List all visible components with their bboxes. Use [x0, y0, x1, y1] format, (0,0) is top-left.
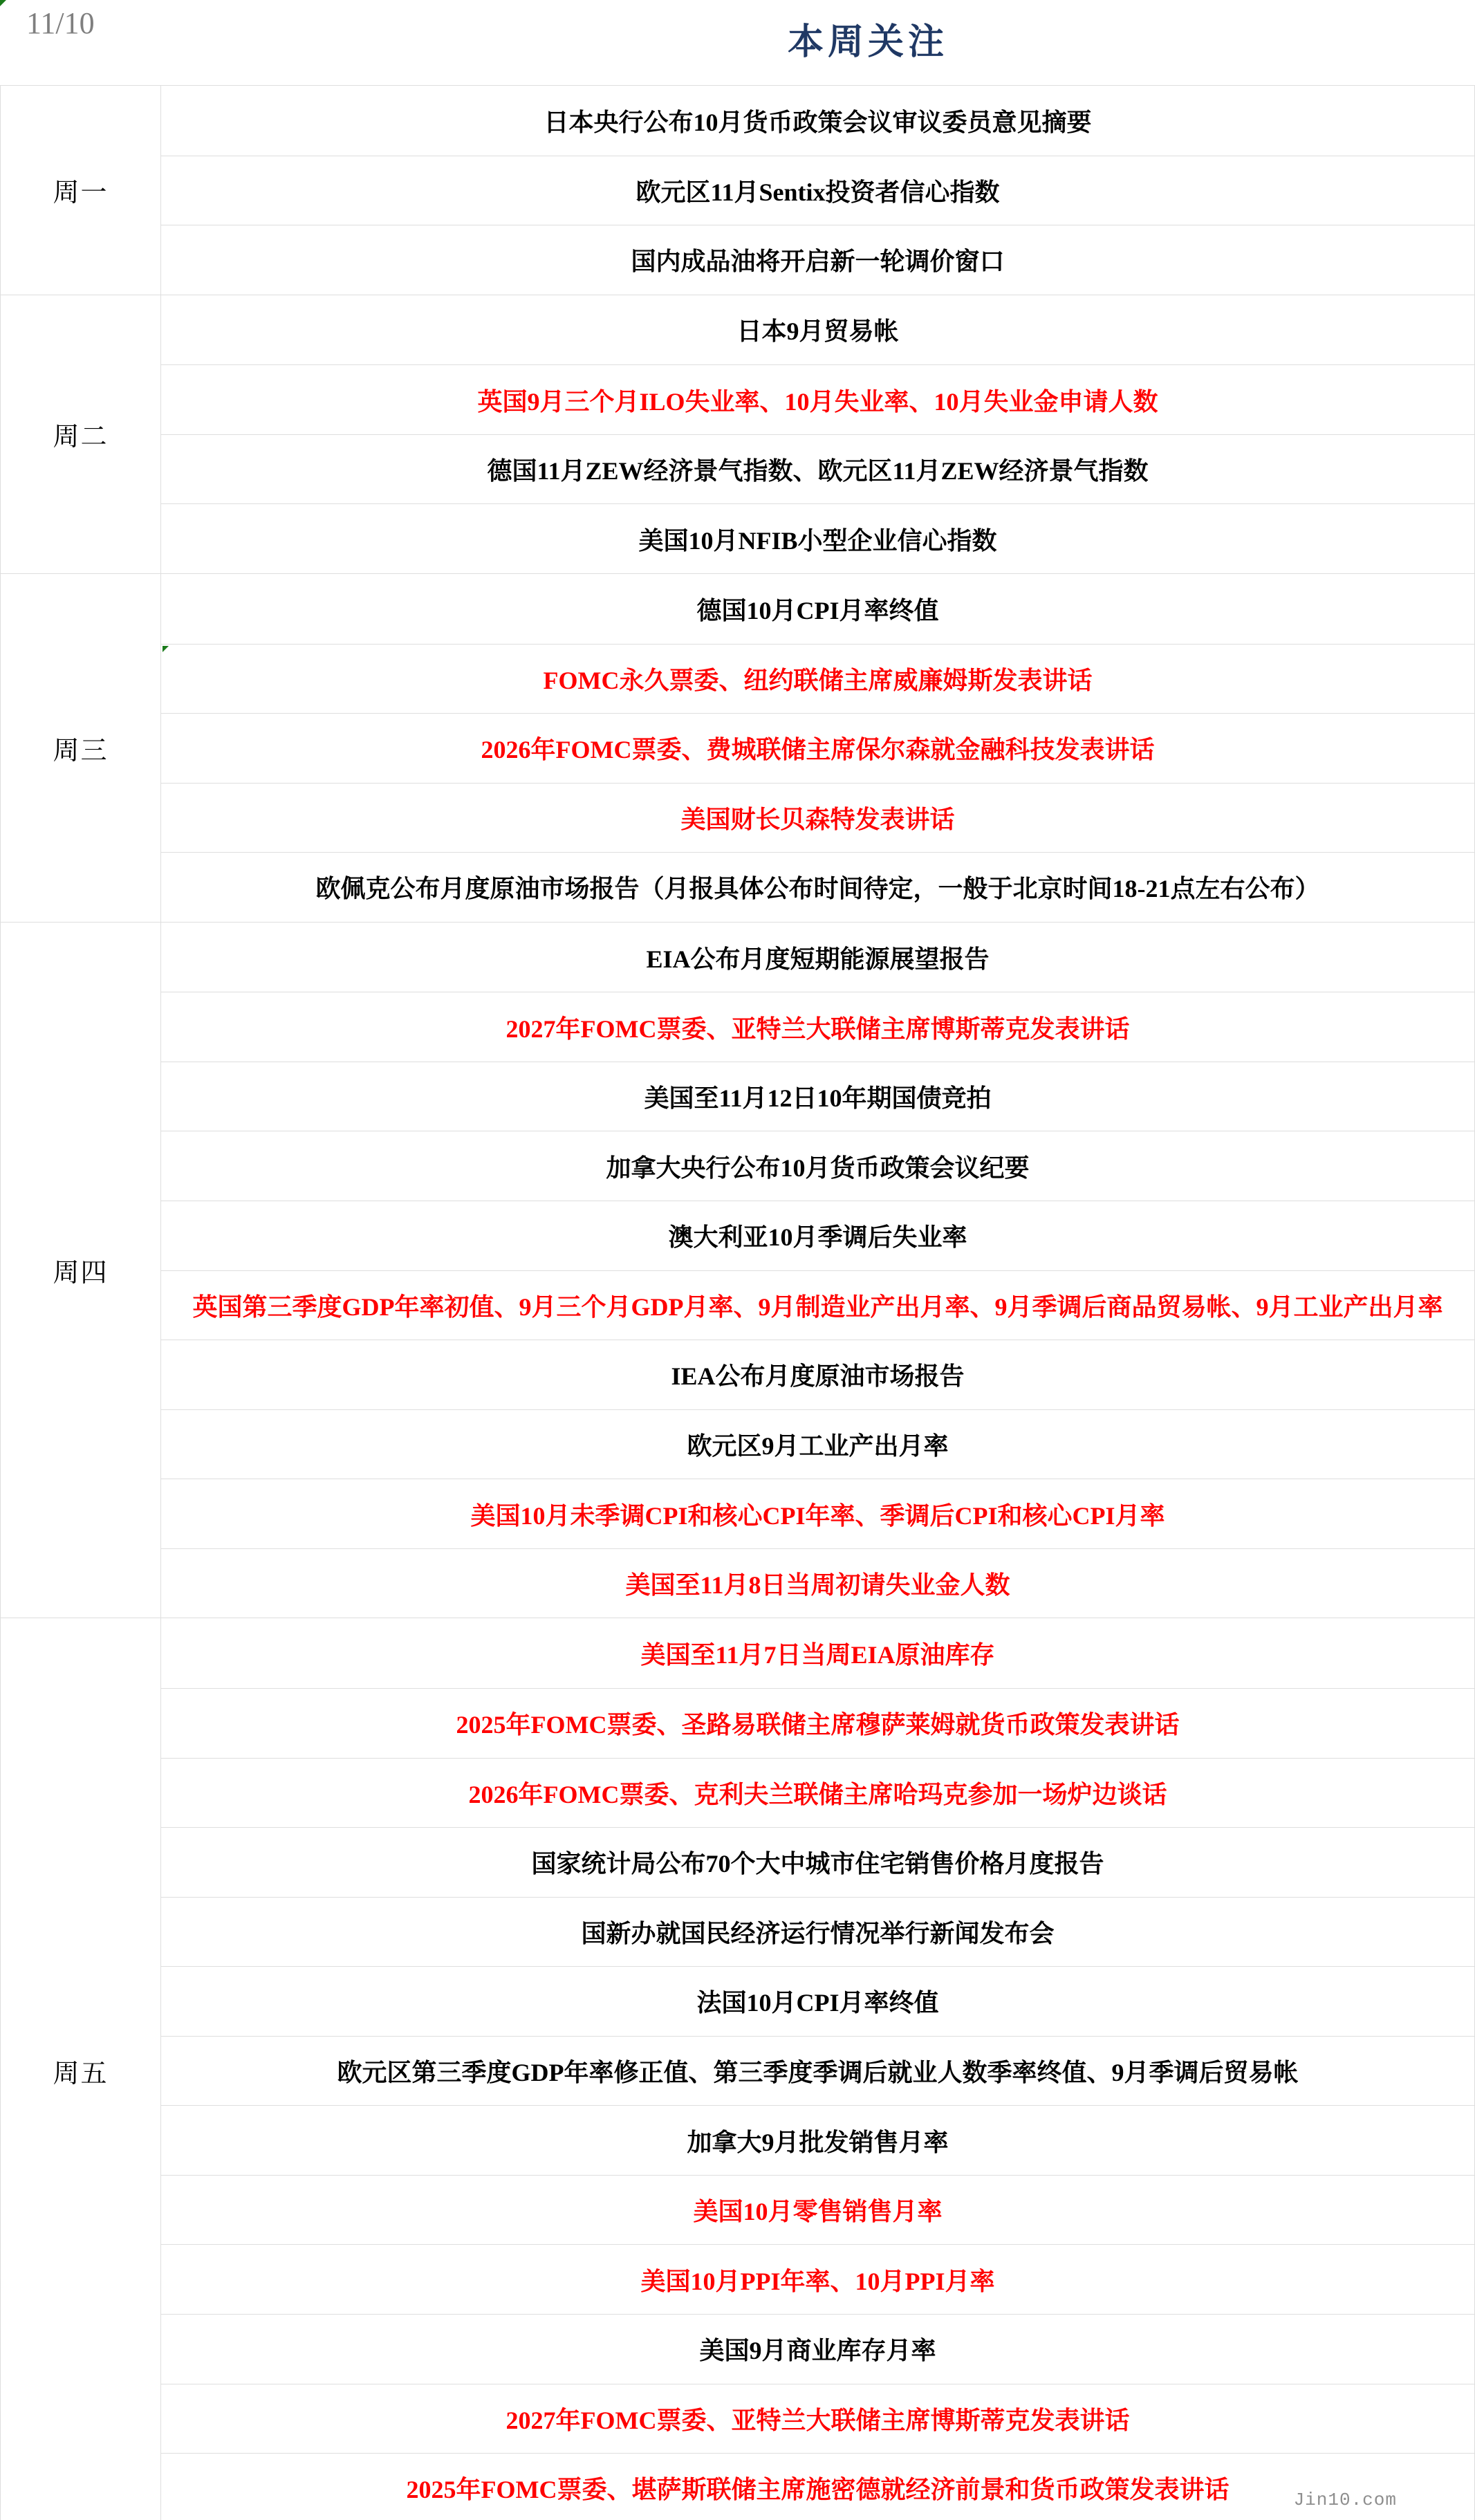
event-row: 加拿大9月批发销售月率	[161, 2105, 1474, 2175]
event-row: 英国第三季度GDP年率初值、9月三个月GDP月率、9月制造业产出月率、9月季调后…	[161, 1270, 1474, 1340]
event-row: 日本9月贸易帐	[161, 295, 1474, 365]
event-text: 2025年FOMC票委、圣路易联储主席穆萨莱姆就货币政策发表讲话	[456, 1705, 1180, 1741]
event-row: 美国10月PPI年率、10月PPI月率	[161, 2244, 1474, 2314]
event-text: 2027年FOMC票委、亚特兰大联储主席博斯蒂克发表讲话	[506, 2401, 1130, 2436]
schedule-table: 周一 日本央行公布10月货币政策会议审议委员意见摘要欧元区11月Sentix投资…	[0, 86, 1475, 2520]
event-text: 国家统计局公布70个大中城市住宅销售价格月度报告	[531, 1844, 1104, 1880]
event-row: 国新办就国民经济运行情况举行新闻发布会	[161, 1897, 1474, 1967]
event-text: 日本央行公布10月货币政策会议审议委员意见摘要	[544, 103, 1091, 138]
event-text: 2026年FOMC票委、克利夫兰联储主席哈玛克参加一场炉边谈话	[469, 1775, 1167, 1810]
event-text: 日本9月贸易帐	[736, 312, 898, 347]
event-text: 2027年FOMC票委、亚特兰大联储主席博斯蒂克发表讲话	[506, 1010, 1130, 1045]
event-text: 美国9月商业库存月率	[699, 2331, 936, 2366]
event-text: 欧佩克公布月度原油市场报告（月报具体公布时间待定，一般于北京时间18-21点左右…	[316, 869, 1320, 905]
event-row: EIA公布月度短期能源展望报告	[161, 923, 1474, 992]
event-row: 2025年FOMC票委、圣路易联储主席穆萨莱姆就货币政策发表讲话	[161, 1688, 1474, 1758]
event-row: 美国至11月7日当周EIA原油库存	[161, 1618, 1474, 1688]
event-row: 欧元区11月Sentix投资者信心指数	[161, 156, 1474, 225]
event-row: 美国10月零售销售月率	[161, 2175, 1474, 2245]
event-text: 2026年FOMC票委、费城联储主席保尔森就金融科技发表讲话	[481, 730, 1155, 766]
day-label: 周四	[1, 923, 161, 1618]
event-row: 加拿大央行公布10月货币政策会议纪要	[161, 1131, 1474, 1201]
event-text: 德国11月ZEW经济景气指数、欧元区11月ZEW经济景气指数	[487, 452, 1148, 487]
event-text: 英国第三季度GDP年率初值、9月三个月GDP月率、9月制造业产出月率、9月季调后…	[193, 1288, 1443, 1323]
event-text: EIA公布月度短期能源展望报告	[646, 940, 989, 975]
event-row: 德国11月ZEW经济景气指数、欧元区11月ZEW经济景气指数	[161, 434, 1474, 504]
day-group: 周三 德国10月CPI月率终值FOMC永久票委、纽约联储主席威廉姆斯发表讲话20…	[1, 574, 1474, 923]
event-row: 2025年FOMC票委、堪萨斯联储主席施密德就经济前景和货币政策发表讲话	[161, 2453, 1474, 2520]
day-group: 周二 日本9月贸易帐英国9月三个月ILO失业率、10月失业率、10月失业金申请人…	[1, 295, 1474, 574]
event-text: 欧元区9月工业产出月率	[687, 1427, 948, 1462]
event-row: 法国10月CPI月率终值	[161, 1966, 1474, 2036]
event-text: 澳大利亚10月季调后失业率	[668, 1218, 967, 1253]
event-row: 2026年FOMC票委、费城联储主席保尔森就金融科技发表讲话	[161, 713, 1474, 783]
event-text: 美国至11月7日当周EIA原油库存	[640, 1636, 994, 1671]
event-text: 美国10月NFIB小型企业信心指数	[638, 521, 996, 557]
day-group: 周五 美国至11月7日当周EIA原油库存2025年FOMC票委、圣路易联储主席穆…	[1, 1618, 1474, 2520]
day-group: 周四 EIA公布月度短期能源展望报告2027年FOMC票委、亚特兰大联储主席博斯…	[1, 923, 1474, 1619]
date-label: 11/10	[26, 8, 95, 39]
weekly-focus-sheet: 11/10 本周关注 周一 日本央行公布10月货币政策会议审议委员意见摘要欧元区…	[0, 0, 1475, 2520]
page-title: 本周关注	[788, 25, 948, 61]
event-row: 美国财长贝森特发表讲话	[161, 783, 1474, 853]
event-rows: 美国至11月7日当周EIA原油库存2025年FOMC票委、圣路易联储主席穆萨莱姆…	[161, 1618, 1474, 2520]
event-text: 美国至11月12日10年期国债竞拍	[644, 1079, 991, 1114]
event-rows: 德国10月CPI月率终值FOMC永久票委、纽约联储主席威廉姆斯发表讲话2026年…	[161, 574, 1474, 922]
event-text: 美国财长贝森特发表讲话	[680, 800, 954, 835]
event-row: 欧佩克公布月度原油市场报告（月报具体公布时间待定，一般于北京时间18-21点左右…	[161, 852, 1474, 922]
event-text: 欧元区第三季度GDP年率修正值、第三季度季调后就业人数季率终值、9月季调后贸易帐	[337, 2053, 1299, 2088]
watermark: Jin10.com	[1294, 2490, 1397, 2510]
event-row: 日本央行公布10月货币政策会议审议委员意见摘要	[161, 86, 1474, 156]
day-label: 周一	[1, 86, 161, 295]
day-label: 周五	[1, 1618, 161, 2520]
event-row: 国内成品油将开启新一轮调价窗口	[161, 225, 1474, 295]
sheet-header: 11/10 本周关注	[0, 0, 1475, 86]
event-text: 2025年FOMC票委、堪萨斯联储主席施密德就经济前景和货币政策发表讲话	[407, 2470, 1230, 2505]
event-row: 美国10月未季调CPI和核心CPI年率、季调后CPI和核心CPI月率	[161, 1479, 1474, 1548]
event-text: 加拿大央行公布10月货币政策会议纪要	[606, 1149, 1029, 1184]
event-row: 美国10月NFIB小型企业信心指数	[161, 503, 1474, 573]
event-text: IEA公布月度原油市场报告	[671, 1357, 964, 1392]
event-text: 国内成品油将开启新一轮调价窗口	[631, 242, 1004, 277]
event-rows: 日本9月贸易帐英国9月三个月ILO失业率、10月失业率、10月失业金申请人数德国…	[161, 295, 1474, 573]
event-text: 加拿大9月批发销售月率	[687, 2123, 948, 2158]
day-group: 周一 日本央行公布10月货币政策会议审议委员意见摘要欧元区11月Sentix投资…	[1, 86, 1474, 295]
event-row: 英国9月三个月ILO失业率、10月失业率、10月失业金申请人数	[161, 364, 1474, 434]
event-row: 欧元区9月工业产出月率	[161, 1409, 1474, 1479]
event-text: 欧元区11月Sentix投资者信心指数	[636, 173, 999, 208]
event-row: 德国10月CPI月率终值	[161, 574, 1474, 644]
event-row: 美国9月商业库存月率	[161, 2314, 1474, 2384]
event-row: FOMC永久票委、纽约联储主席威廉姆斯发表讲话	[161, 644, 1474, 714]
event-text: 美国10月PPI年率、10月PPI月率	[641, 2262, 995, 2297]
day-label: 周二	[1, 295, 161, 573]
event-row: 美国至11月12日10年期国债竞拍	[161, 1062, 1474, 1131]
event-text: 美国10月未季调CPI和核心CPI年率、季调后CPI和核心CPI月率	[471, 1497, 1165, 1532]
event-row: 国家统计局公布70个大中城市住宅销售价格月度报告	[161, 1827, 1474, 1897]
event-row: 美国至11月8日当周初请失业金人数	[161, 1548, 1474, 1618]
event-row: IEA公布月度原油市场报告	[161, 1340, 1474, 1409]
event-row: 2027年FOMC票委、亚特兰大联储主席博斯蒂克发表讲话	[161, 992, 1474, 1062]
event-text: 国新办就国民经济运行情况举行新闻发布会	[581, 1914, 1054, 1949]
event-text: 美国10月零售销售月率	[693, 2192, 942, 2227]
event-text: 法国10月CPI月率终值	[697, 1983, 939, 2019]
event-row: 欧元区第三季度GDP年率修正值、第三季度季调后就业人数季率终值、9月季调后贸易帐	[161, 2036, 1474, 2106]
event-rows: EIA公布月度短期能源展望报告2027年FOMC票委、亚特兰大联储主席博斯蒂克发…	[161, 923, 1474, 1618]
cell-flag-icon	[163, 646, 169, 652]
event-text: 美国至11月8日当周初请失业金人数	[625, 1566, 1010, 1601]
event-text: 德国10月CPI月率终值	[697, 591, 939, 627]
day-label: 周三	[1, 574, 161, 922]
event-row: 2026年FOMC票委、克利夫兰联储主席哈玛克参加一场炉边谈话	[161, 1758, 1474, 1828]
event-row: 澳大利亚10月季调后失业率	[161, 1201, 1474, 1270]
event-rows: 日本央行公布10月货币政策会议审议委员意见摘要欧元区11月Sentix投资者信心…	[161, 86, 1474, 295]
event-text: 英国9月三个月ILO失业率、10月失业率、10月失业金申请人数	[477, 382, 1158, 418]
event-text: FOMC永久票委、纽约联储主席威廉姆斯发表讲话	[544, 661, 1093, 696]
event-row: 2027年FOMC票委、亚特兰大联储主席博斯蒂克发表讲话	[161, 2384, 1474, 2454]
